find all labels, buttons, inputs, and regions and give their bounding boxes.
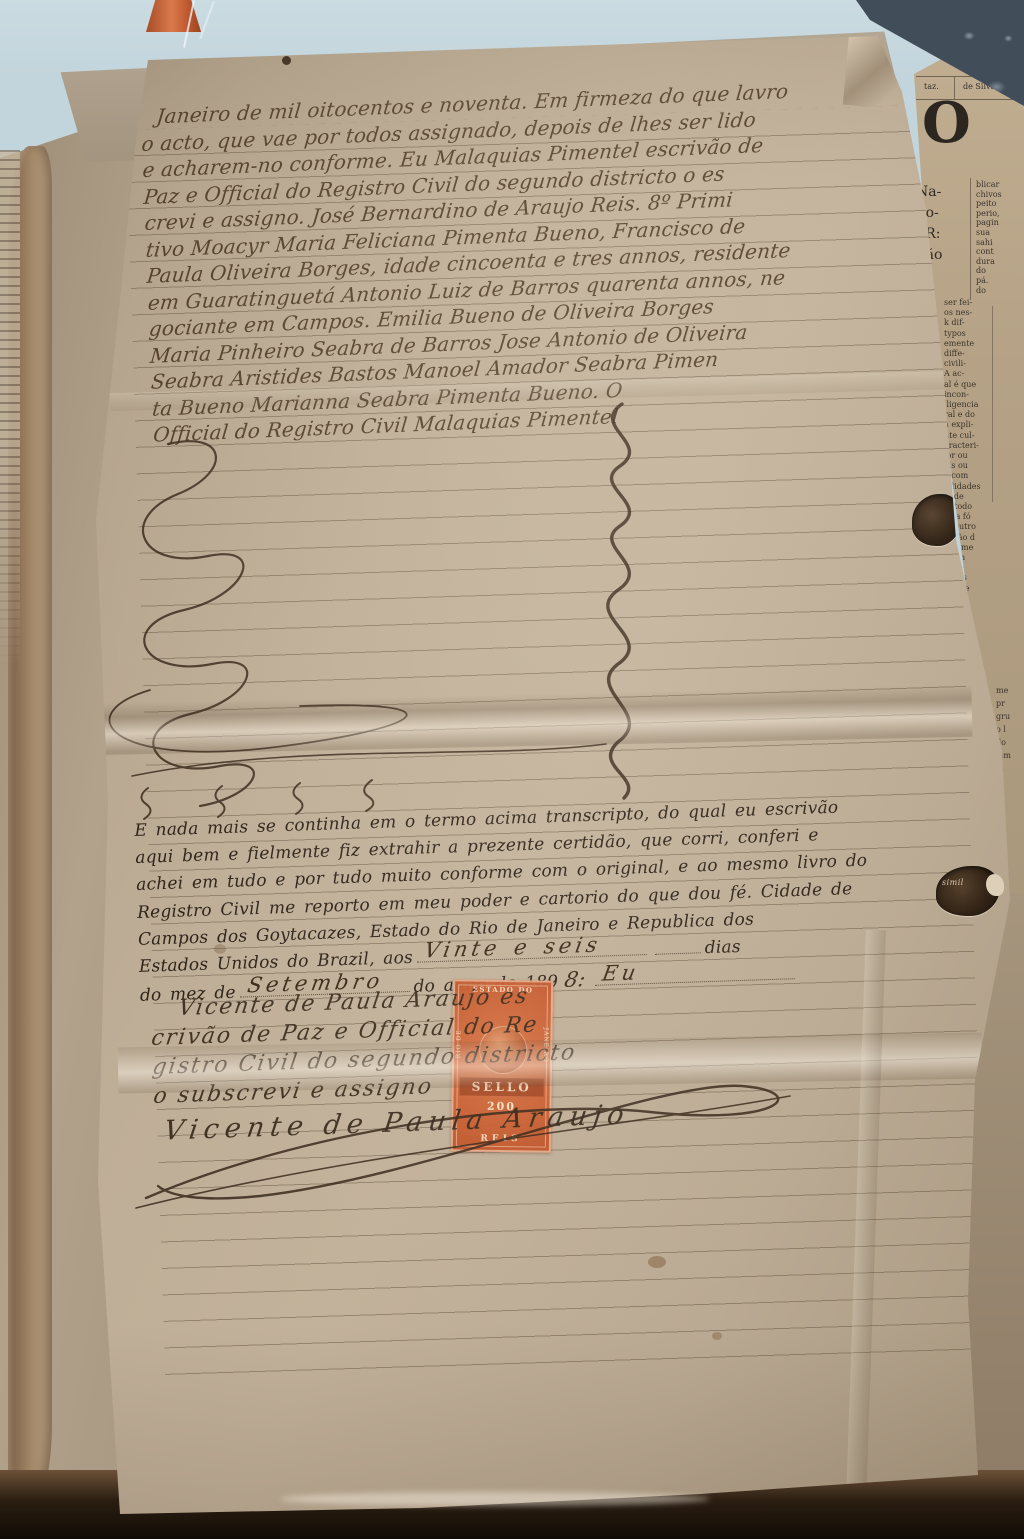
blank-line bbox=[654, 935, 701, 955]
page-edge-highlight bbox=[280, 1492, 710, 1506]
handwritten-fill-days: Vinte e seis bbox=[422, 931, 603, 964]
photograph-of-registry-certificate: taz. de Silva O S Na- So- YR: São blicar… bbox=[0, 0, 1024, 1539]
paper-stain bbox=[214, 944, 226, 954]
paper-fiber-thread bbox=[199, 1, 215, 39]
newspaper-column-fragment: blicar chivos peito perio, pagin sua sah… bbox=[976, 180, 1024, 295]
hole-print-fragment: simil bbox=[942, 878, 964, 887]
notary-signature-block: Vicente de Paula Araujo es crivão de Paz… bbox=[150, 972, 815, 1146]
paper-stain bbox=[648, 1256, 666, 1268]
certificate-page: Janeiro de mil oitocentos e noventa. Em … bbox=[0, 0, 1024, 1539]
orange-pencil bbox=[146, 0, 204, 32]
newspaper-headline-fragment: O S bbox=[922, 90, 1024, 156]
newspaper-column-rule bbox=[970, 178, 971, 300]
paper-hole: simil bbox=[936, 866, 1000, 916]
blank-line: Vinte e seis bbox=[416, 937, 646, 963]
handwritten-transcription-block: Janeiro de mil oitocentos e noventa. Em … bbox=[140, 78, 813, 449]
ink-dot-stain bbox=[282, 56, 291, 65]
paper-stain bbox=[712, 1332, 722, 1340]
old-printed-page-sliver bbox=[0, 150, 20, 670]
printed-text: dias bbox=[704, 937, 741, 958]
